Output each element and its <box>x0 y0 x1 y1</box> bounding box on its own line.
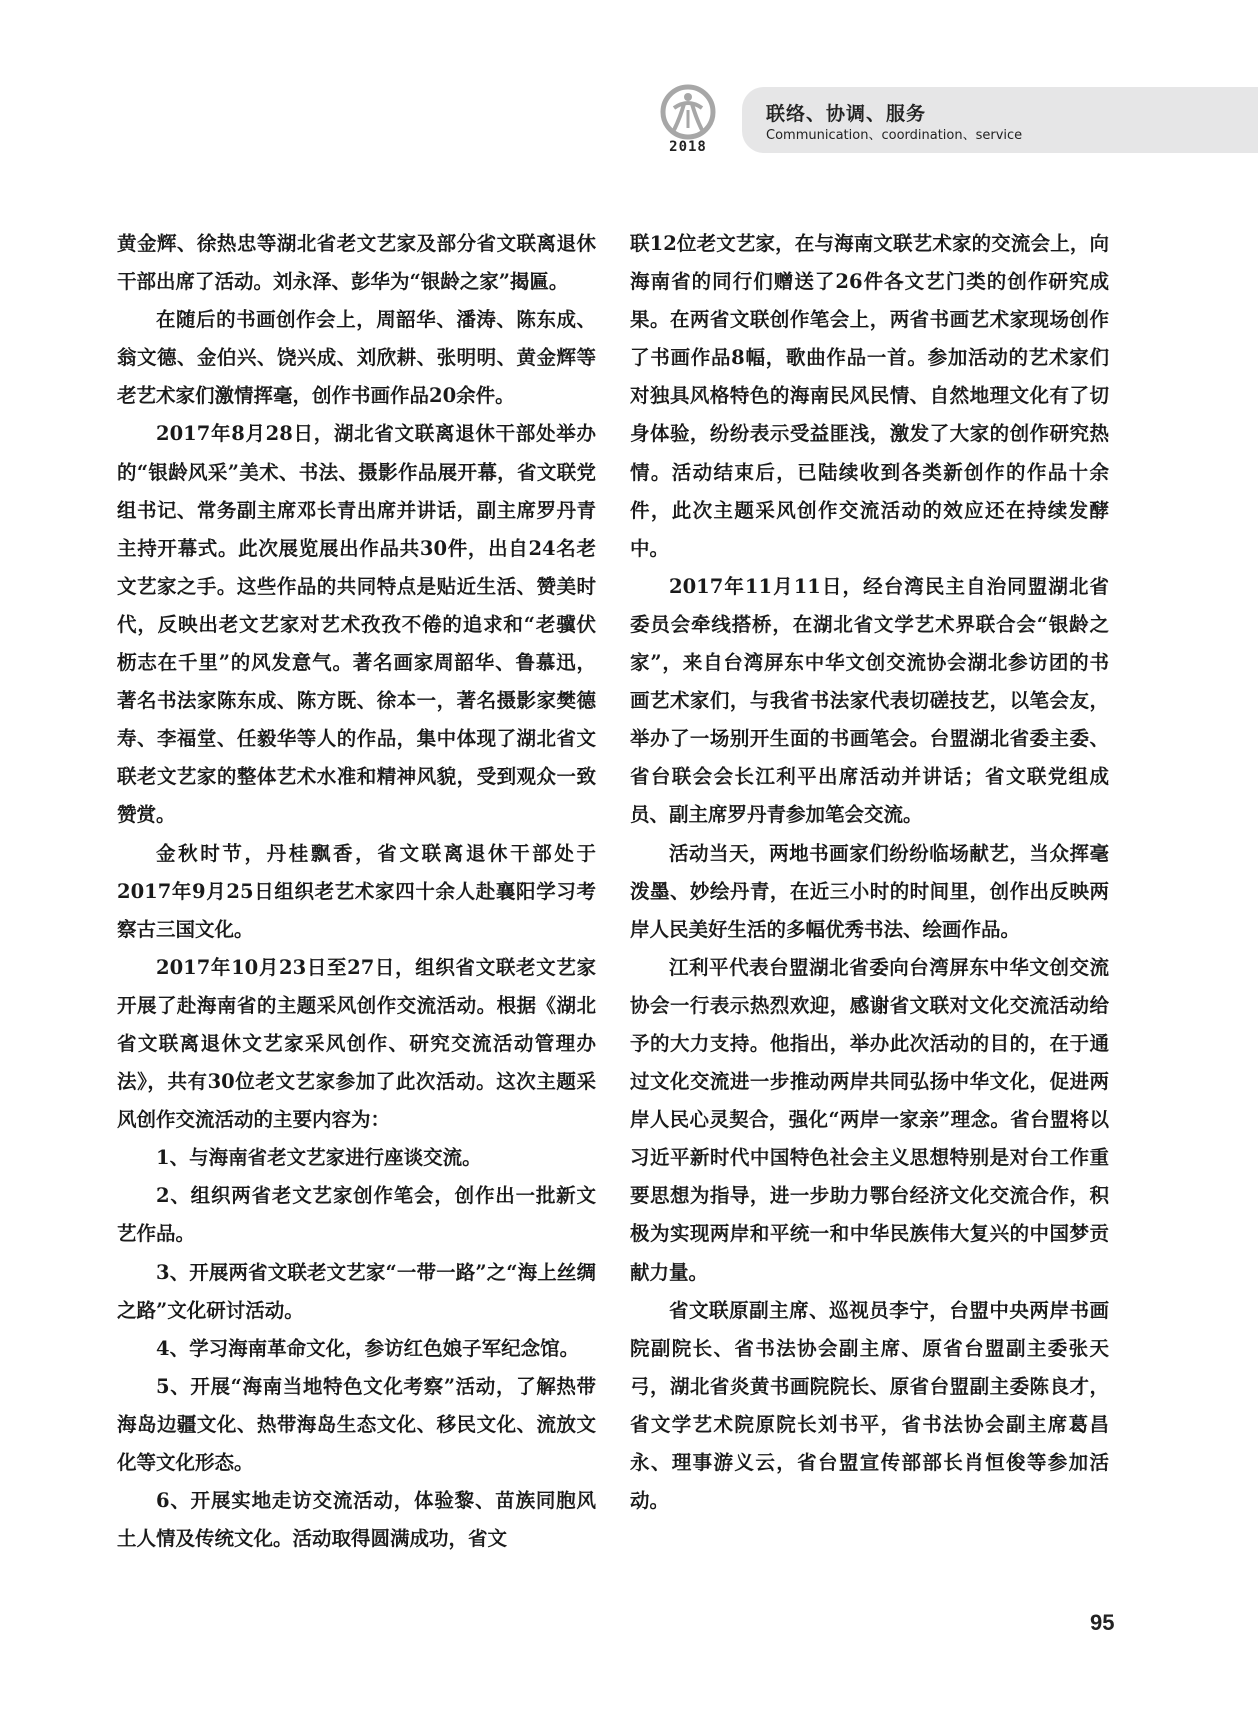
list-item: 4、学习海南革命文化，参访红色娘子军纪念馆。 <box>117 1330 596 1368</box>
paragraph: 活动当天，两地书画家们纷纷临场献艺，当众挥毫泼墨、妙绘丹青，在近三小时的时间里，… <box>630 835 1109 949</box>
section-title: 联络、协调、服务 <box>766 99 926 126</box>
paragraph: 联12位老文艺家，在与海南文联艺术家的交流会上，向海南省的同行们赠送了26件各文… <box>630 225 1109 568</box>
page-number: 95 <box>1090 1610 1114 1636</box>
section-subtitle: Communication、coordination、service <box>766 124 1022 143</box>
yearbook-year: 2018 <box>660 139 716 155</box>
right-column: 联12位老文艺家，在与海南文联艺术家的交流会上，向海南省的同行们赠送了26件各文… <box>630 225 1109 1520</box>
list-item: 5、开展“海南当地特色文化考察”活动，了解热带海岛边疆文化、热带海岛生态文化、移… <box>117 1368 596 1482</box>
left-column: 黄金辉、徐热忠等湖北省老文艺家及部分省文联离退休干部出席了活动。刘永泽、彭华为“… <box>117 225 596 1558</box>
paragraph: 2017年8月28日，湖北省文联离退休干部处举办的“银龄风采”美术、书法、摄影作… <box>117 415 596 834</box>
list-item: 2、组织两省老文艺家创作笔会，创作出一批新文艺作品。 <box>117 1177 596 1253</box>
list-item: 1、与海南省老文艺家进行座谈交流。 <box>117 1139 596 1177</box>
paragraph: 江利平代表台盟湖北省委向台湾屏东中华文创交流协会一行表示热烈欢迎，感谢省文联对文… <box>630 949 1109 1292</box>
paragraph: 金秋时节，丹桂飘香，省文联离退休干部处于2017年9月25日组织老艺术家四十余人… <box>117 835 596 949</box>
paragraph: 在随后的书画创作会上，周韶华、潘涛、陈东成、翁文德、金伯兴、饶兴成、刘欣耕、张明… <box>117 301 596 415</box>
paragraph: 省文联原副主席、巡视员李宁，台盟中央两岸书画院副院长、省书法协会副主席、原省台盟… <box>630 1292 1109 1521</box>
yearbook-emblem-icon <box>660 84 716 140</box>
list-item: 6、开展实地走访交流活动，体验黎、苗族同胞风土人情及传统文化。活动取得圆满成功，… <box>117 1482 596 1558</box>
paragraph: 2017年10月23日至27日，组织省文联老文艺家开展了赴海南省的主题采风创作交… <box>117 949 596 1139</box>
paragraph: 黄金辉、徐热忠等湖北省老文艺家及部分省文联离退休干部出席了活动。刘永泽、彭华为“… <box>117 225 596 301</box>
paragraph: 2017年11月11日，经台湾民主自治同盟湖北省委员会牵线搭桥，在湖北省文学艺术… <box>630 568 1109 835</box>
list-item: 3、开展两省文联老文艺家“一带一路”之“海上丝绸之路”文化研讨活动。 <box>117 1254 596 1330</box>
